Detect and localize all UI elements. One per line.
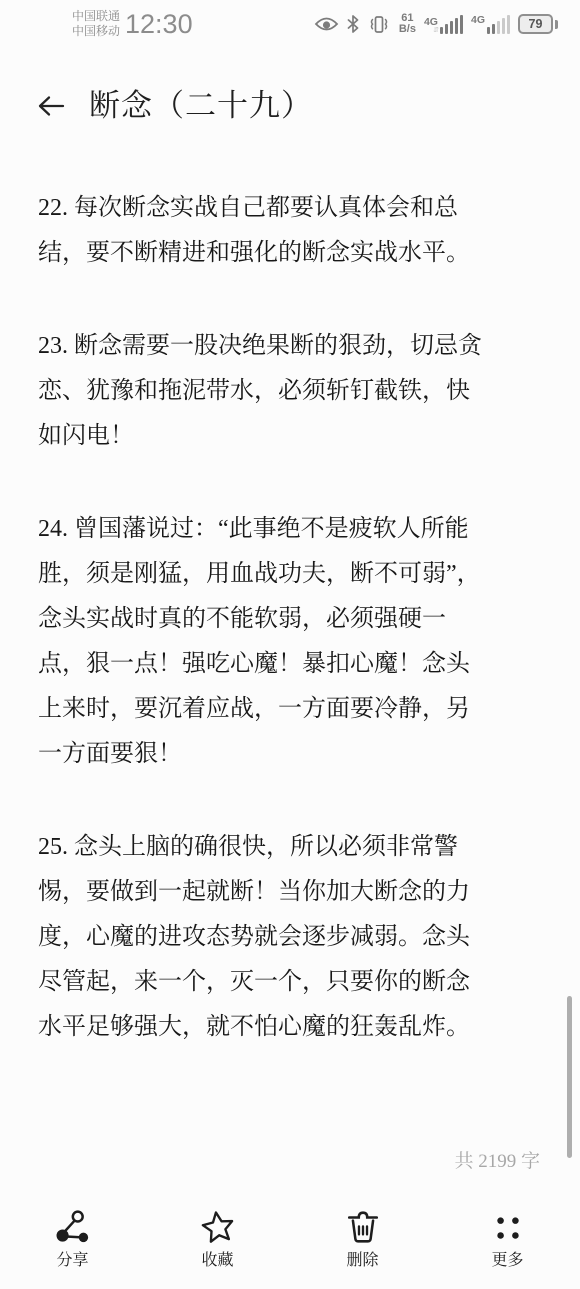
bottom-toolbar: 分享 收藏 删除 xyxy=(0,1197,580,1289)
status-icons: 61 B/s 4G ⇵ 4G xyxy=(314,13,558,35)
carrier-1: 中国联通 xyxy=(72,9,120,24)
signal-bars-full-icon xyxy=(440,15,463,34)
more-button[interactable]: 更多 xyxy=(435,1197,580,1289)
signal-2: 4G xyxy=(471,15,510,34)
favorite-label: 收藏 xyxy=(201,1252,233,1270)
note-paragraph: 22. 每次断念实战自己都要认真体会和总结，要不断精进和强化的断念实战水平。 xyxy=(38,186,490,276)
eye-protection-icon xyxy=(314,16,339,32)
back-arrow-icon xyxy=(37,95,65,117)
note-paragraph: 25. 念头上脑的确很快，所以必须非常警惕，要做到一起就断！当你加大断念的力度，… xyxy=(38,825,490,1050)
carrier-labels: 中国联通 中国移动 xyxy=(72,9,120,39)
status-left: 中国联通 中国移动 12:30 xyxy=(72,8,193,40)
updown-arrows-icon: ⇵ xyxy=(433,28,438,34)
signal-1: 4G ⇵ xyxy=(424,15,463,34)
network-type-1: 4G xyxy=(424,17,438,27)
delete-button[interactable]: 删除 xyxy=(290,1197,435,1289)
delete-label: 删除 xyxy=(346,1252,378,1270)
vibrate-icon xyxy=(367,15,391,34)
note-paragraph: 23. 断念需要一股决绝果断的狠劲，切忌贪恋、犹豫和拖泥带水，必须斩钉截铁，快如… xyxy=(38,324,490,459)
note-paragraph: 24. 曾国藩说过：“此事绝不是疲软人所能胜，须是刚猛，用血战功夫，断不可弱”，… xyxy=(38,507,490,777)
network-type-2: 4G xyxy=(471,15,485,25)
trash-icon xyxy=(345,1209,381,1245)
carrier-2: 中国移动 xyxy=(72,24,120,39)
speed-unit: B/s xyxy=(399,24,416,35)
page-title: 断念（二十九） xyxy=(89,88,313,124)
signal-bars-weak-icon xyxy=(487,15,510,34)
status-bar: 中国联通 中国移动 12:30 xyxy=(0,0,580,54)
word-count: 共 2199 字 xyxy=(454,1146,540,1173)
back-button[interactable] xyxy=(36,91,66,121)
notes-app-screen: 中国联通 中国移动 12:30 xyxy=(0,0,580,1289)
share-label: 分享 xyxy=(56,1252,88,1270)
note-content[interactable]: 22. 每次断念实战自己都要认真体会和总结，要不断精进和强化的断念实战水平。 2… xyxy=(38,186,490,1050)
favorite-button[interactable]: 收藏 xyxy=(145,1197,290,1289)
more-dots-icon xyxy=(490,1209,526,1245)
status-time: 12:30 xyxy=(125,8,193,40)
note-header: 断念（二十九） xyxy=(36,88,580,124)
more-label: 更多 xyxy=(491,1252,523,1270)
network-speed: 61 B/s xyxy=(399,13,416,35)
battery-icon: 79 xyxy=(518,14,558,34)
star-icon xyxy=(199,1209,237,1245)
share-icon xyxy=(54,1209,92,1245)
scrollbar-thumb[interactable] xyxy=(567,996,572,1158)
battery-percent: 79 xyxy=(529,17,543,31)
share-button[interactable]: 分享 xyxy=(0,1197,145,1289)
bluetooth-icon xyxy=(347,15,359,33)
